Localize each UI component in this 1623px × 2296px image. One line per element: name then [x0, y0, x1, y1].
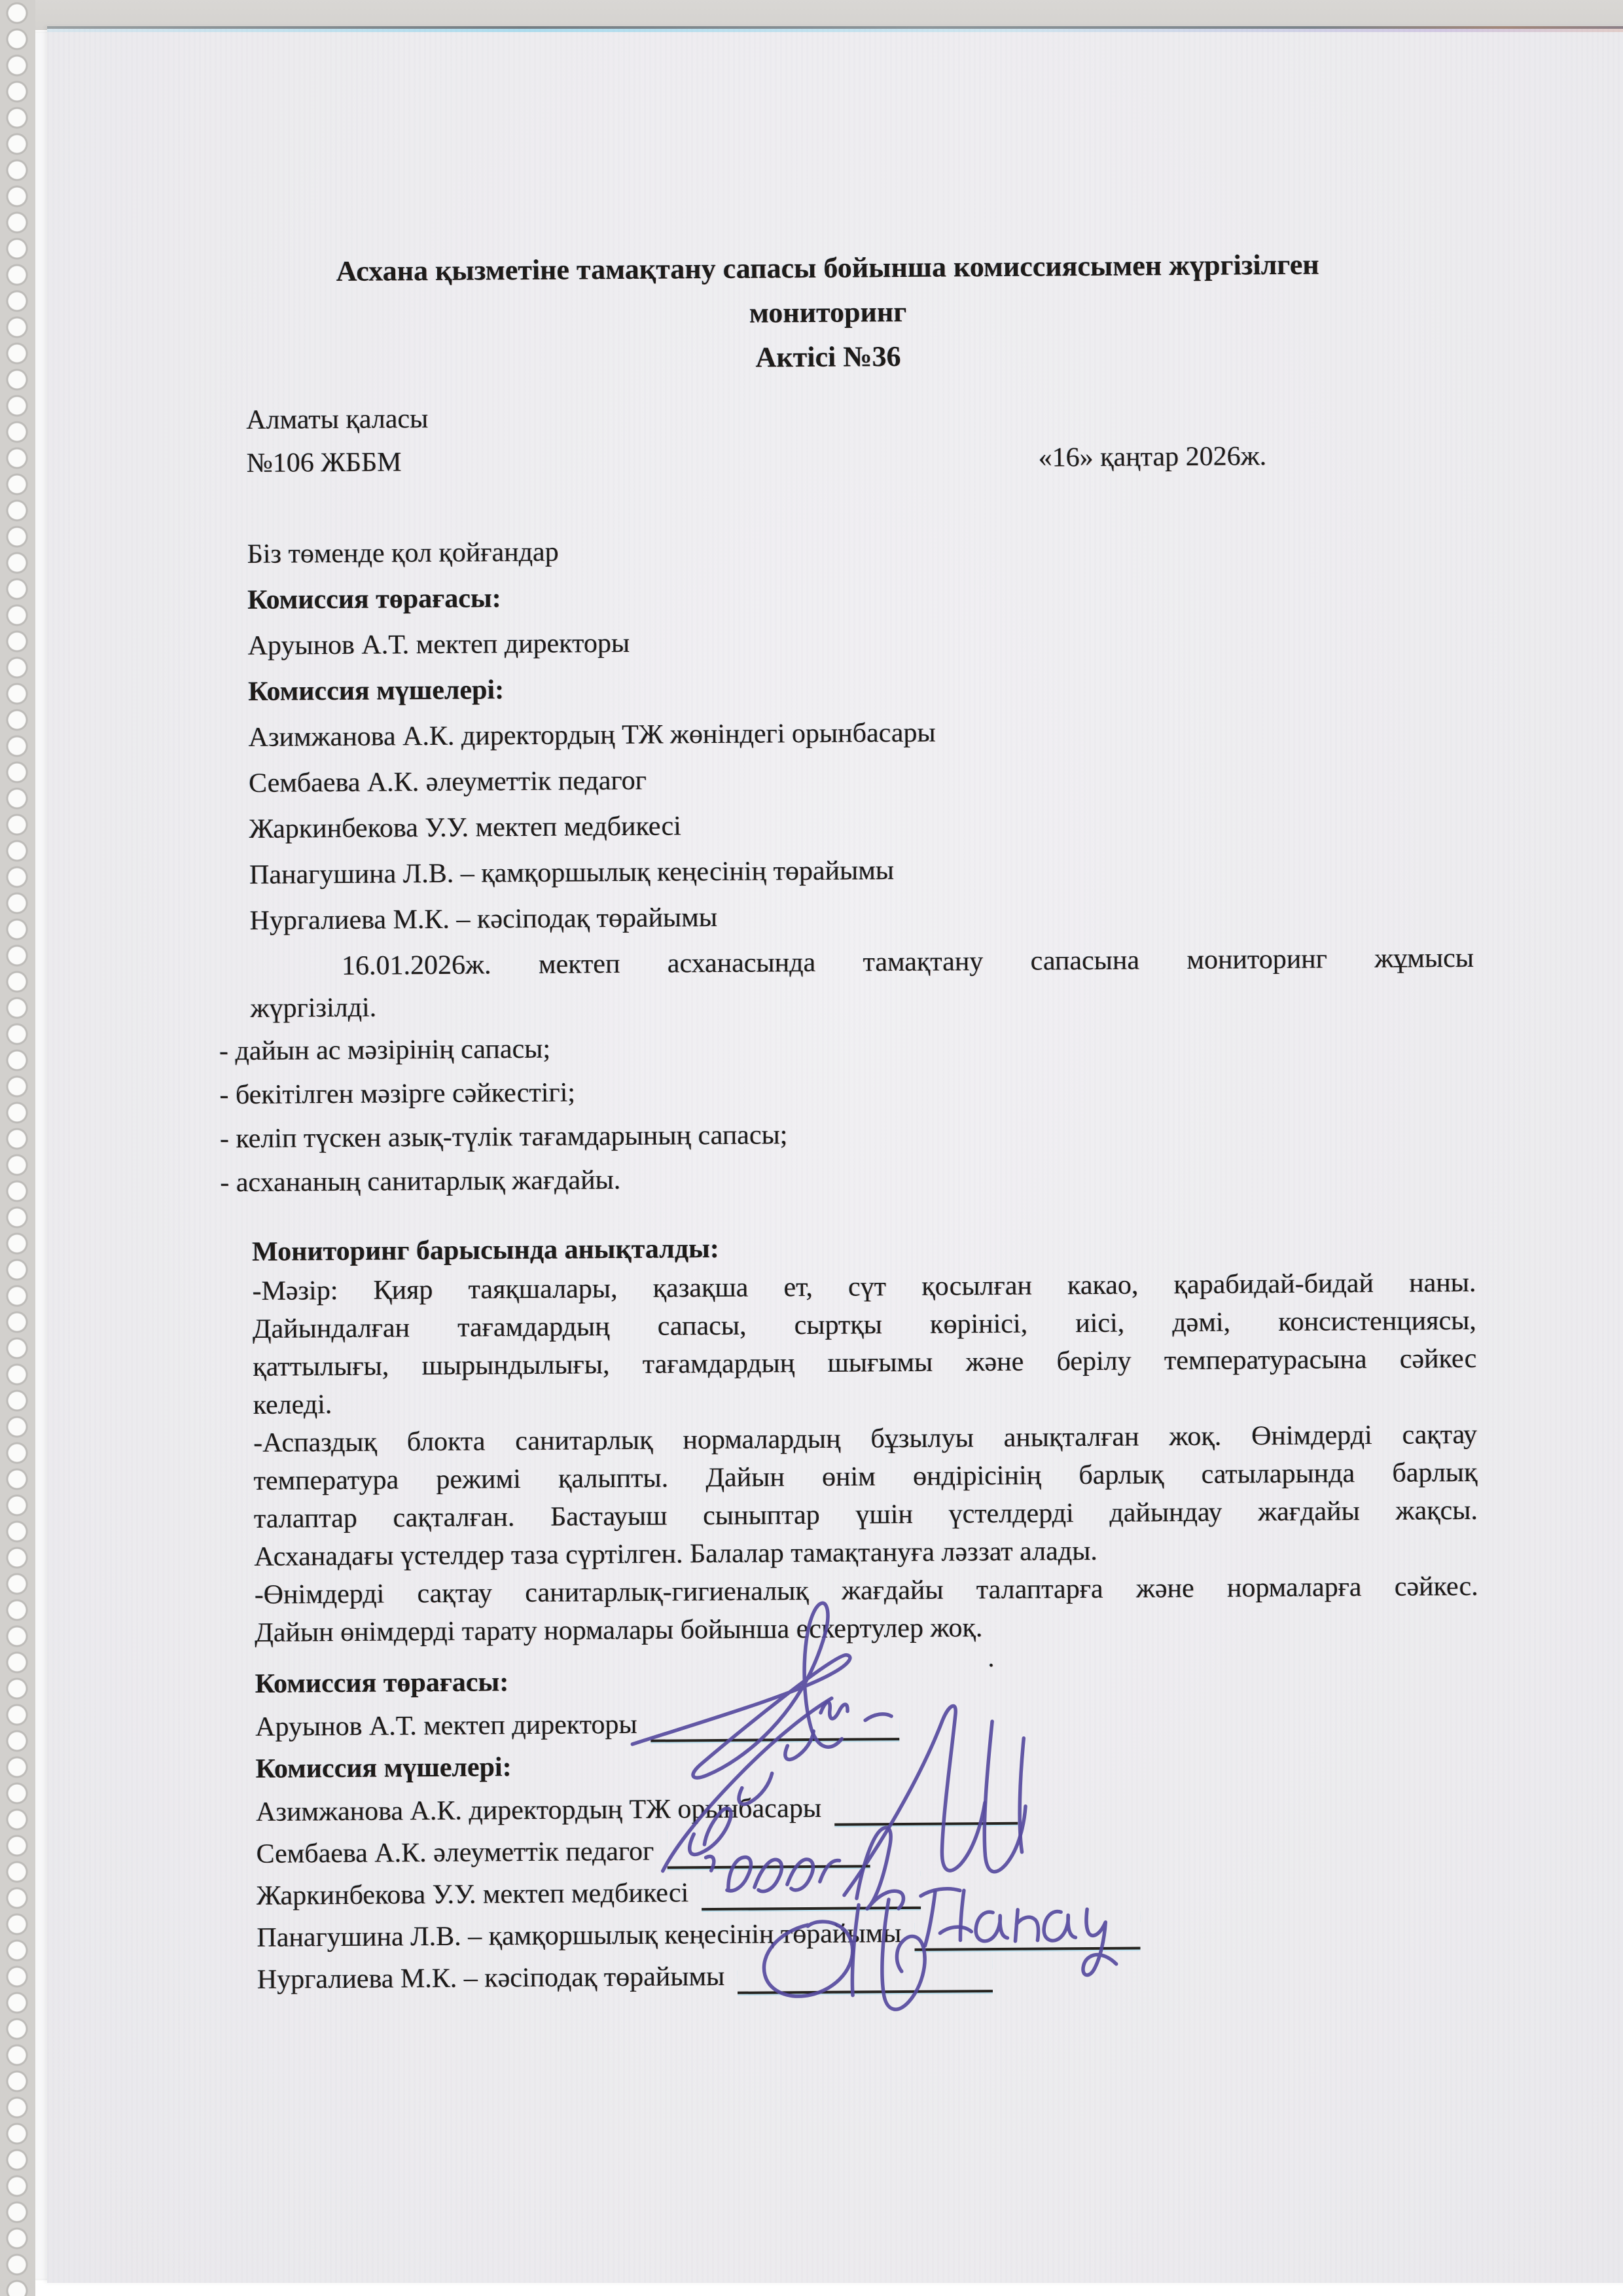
members-label: Комиссия мүшелері:	[248, 663, 1472, 712]
signature-line	[650, 1701, 899, 1742]
signature-name: Панагушина Л.В. – қамқоршылық кеңесінің …	[257, 1918, 901, 1953]
document-act-number: Актісі №36	[216, 332, 1440, 382]
meta-date: «16» қаңтар 2026ж.	[1038, 436, 1266, 478]
signature-line	[738, 1953, 993, 1994]
meta-city: Алматы қаласы	[246, 391, 1470, 440]
signature-row: Панагушина Л.В. – қамқоршылық кеңесінің …	[257, 1910, 1140, 1958]
signing-chair-label: Комиссия төрағасы:	[255, 1655, 1478, 1704]
signature-line	[914, 1910, 1140, 1951]
signature-row: Азимжанова А.К. директордың ТЖ орынбасар…	[256, 1785, 1018, 1833]
signing-members-label: Комиссия мүшелері:	[255, 1740, 1479, 1789]
signature-name: Азимжанова А.К. директордың ТЖ орынбасар…	[256, 1793, 821, 1827]
signature-name: Аруынов А.Т. мектеп директоры	[255, 1710, 637, 1742]
chair-label: Комиссия төрағасы:	[247, 571, 1471, 620]
checklist-item: - асхананың санитарлық жағдайы.	[220, 1154, 1444, 1203]
member-item: Азимжанова А.К. директордың ТЖ жөніндегі…	[248, 709, 1472, 758]
monitoring-paragraph-line: 16.01.2026ж. мектеп асханасында тамақтан…	[250, 938, 1474, 987]
signature-name: Сембаева А.К. әлеуметтік педагог	[256, 1837, 654, 1869]
member-item: Сембаева А.К. әлеуметтік педагог	[249, 755, 1472, 804]
document-content: Асхана қызметіне тамақтану сапасы бойынш…	[243, 18, 1483, 2278]
signature-line	[702, 1870, 921, 1910]
signature-name: Жаркинбекова У.У. мектеп медбикесі	[257, 1878, 689, 1911]
checklist-item: - келіп түскен азық-түлік тағамдарының с…	[220, 1110, 1444, 1159]
signature-line	[667, 1828, 870, 1869]
scanned-document: { "document": { "title": { "line1": "Асх…	[0, 0, 1623, 2296]
meta-school: №106 ЖББМ	[247, 447, 402, 478]
checklist-item: - бекітілген мәзірге сәйкестігі;	[219, 1066, 1443, 1115]
signature-line	[834, 1785, 1018, 1826]
signature-row: Нургалиева М.К. – кәсіподақ төрайымы	[257, 1953, 993, 2000]
document-title-line2: мониторинг	[216, 288, 1440, 337]
document-title-line1: Асхана қызметіне тамақтану сапасы бойынш…	[215, 243, 1439, 293]
intro-line: Біз төменде қол қойғандар	[247, 526, 1471, 575]
chair-name: Аруынов А.Т. мектеп директоры	[247, 617, 1471, 666]
finding-line: Дайын өнімдерді тарату нормалары бойынша…	[255, 1605, 1478, 1652]
signature-row: Аруынов А.Т. мектеп директоры	[255, 1701, 899, 1748]
sheet-protector-edge	[0, 0, 35, 2296]
signature-row: Сембаева А.К. әлеуметтік педагог	[256, 1828, 870, 1874]
member-item: Панагушина Л.В. – қамқоршылық кеңесінің …	[249, 846, 1473, 895]
signature-row: Жаркинбекова У.У. мектеп медбикесі	[257, 1870, 921, 1916]
monitoring-paragraph-line: жүргізілді.	[250, 980, 1474, 1029]
document-page: Асхана қызметіне тамақтану сапасы бойынш…	[47, 26, 1623, 2283]
meta-school-row: №106 ЖББМ «16» қаңтар 2026ж.	[246, 435, 1470, 484]
signature-name: Нургалиева М.К. – кәсіподақ төрайымы	[257, 1962, 725, 1995]
member-item: Нургалиева М.К. – кәсіподақ төрайымы	[249, 892, 1473, 941]
member-item: Жаркинбекова У.У. мектеп медбикесі	[249, 800, 1472, 850]
checklist-item: - дайын ас мәзірінің сапасы;	[219, 1022, 1443, 1071]
